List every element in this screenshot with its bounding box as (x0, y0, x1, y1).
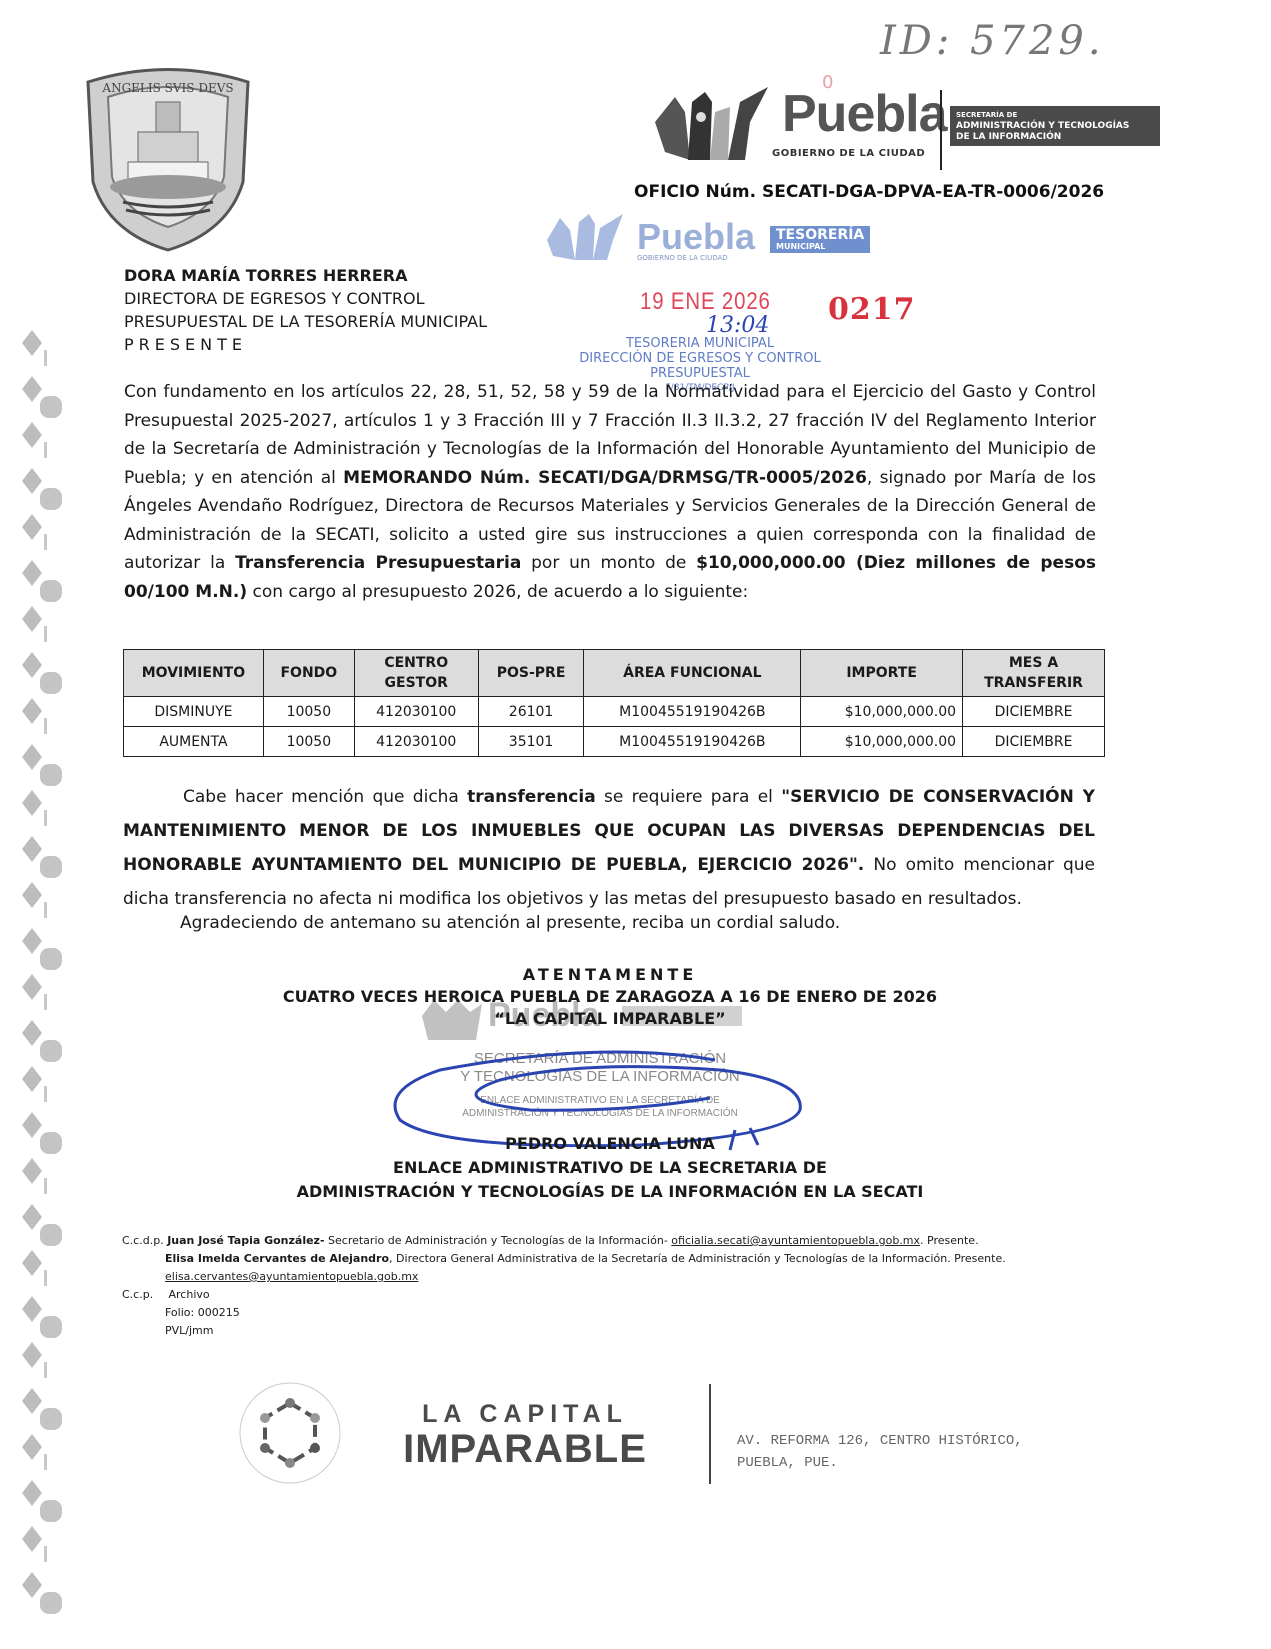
diamond-ornament (22, 1388, 42, 1414)
column-header: POS-PRE (478, 650, 584, 697)
table-cell: 10050 (263, 727, 354, 757)
diamond-ornament (22, 974, 42, 1000)
diamond-ornament (22, 1572, 42, 1598)
cc2-email-link[interactable]: elisa.cervantes@ayuntamientopuebla.gob.m… (165, 1270, 418, 1283)
p2-transfer: transferencia (467, 787, 596, 807)
table-cell: 26101 (478, 697, 584, 727)
column-header: IMPORTE (801, 650, 963, 697)
table-cell: 412030100 (354, 727, 478, 757)
dir-line1: TESORERIA MUNICIPAL (560, 336, 840, 351)
closing-block: ATENTAMENTE CUATRO VECES HEROICA PUEBLA … (200, 964, 1020, 1030)
table-cell: 35101 (478, 727, 584, 757)
city-crest-icon: ANGELIS SVIS DEVS (78, 62, 258, 252)
puebla-emblem-icon (650, 82, 770, 164)
flower-ornament (40, 1132, 62, 1154)
motto: “LA CAPITAL IMPARABLE” (200, 1008, 1020, 1030)
recipient-title-2: PRESUPUESTAL DE LA TESORERÍA MUNICIPAL (124, 310, 487, 333)
ccp-value: Archivo (169, 1288, 210, 1301)
flower-ornament (40, 856, 62, 878)
table-cell: $10,000,000.00 (801, 697, 963, 727)
diamond-ornament (22, 560, 42, 586)
handwritten-id: ID: 5729. (880, 18, 1105, 64)
flower-ornament (40, 1040, 62, 1062)
diamond-ornament (22, 468, 42, 494)
stamp-gob: GOBIERNO DE LA CIUDAD (637, 254, 728, 262)
secretaria-label: SECRETARÍA DE ADMINISTRACIÓN Y TECNOLOGÍ… (950, 106, 1160, 146)
diamond-ornament (22, 1066, 42, 1092)
diamond-ornament (22, 606, 42, 632)
leaf-ornament (44, 350, 61, 366)
cc-row-1: C.c.d.p. Juan José Tapia González- Secre… (122, 1232, 1122, 1250)
table-header-row: MOVIMIENTOFONDOCENTRO GESTORPOS-PREÁREA … (124, 650, 1105, 697)
diamond-ornament (22, 1250, 42, 1276)
place-date: CUATRO VECES HEROICA PUEBLA DE ZARAGOZA … (200, 986, 1020, 1008)
flower-ornament (40, 672, 62, 694)
ccdp-label: C.c.d.p. (122, 1234, 164, 1247)
recipient-block: DORA MARÍA TORRES HERRERA DIRECTORA DE E… (124, 264, 487, 356)
footer-divider (709, 1384, 711, 1484)
folio-number-stamp: 0217 (828, 292, 916, 327)
flower-ornament (40, 1408, 62, 1430)
tesoreria-badge: TESORERÍA MUNICIPAL (770, 226, 870, 253)
diamond-ornament (22, 1526, 42, 1552)
diamond-ornament (22, 1434, 42, 1460)
diamond-ornament (22, 1158, 42, 1184)
diamond-ornament (22, 698, 42, 724)
signer-title-1: ENLACE ADMINISTRATIVO DE LA SECRETARIA D… (280, 1156, 940, 1180)
diamond-ornament (22, 330, 42, 356)
badge-title: TESORERÍA (776, 227, 864, 243)
flower-ornament (40, 1224, 62, 1246)
body-paragraph: Con fundamento en los artículos 22, 28, … (124, 378, 1096, 606)
received-date-stamp: 19 ENE 2026 (640, 288, 771, 316)
table-cell: DICIEMBRE (963, 727, 1105, 757)
logo-word: Puebla (782, 84, 947, 144)
table-cell: DISMINUYE (124, 697, 264, 727)
recipient-name: DORA MARÍA TORRES HERRERA (124, 264, 487, 287)
address: AV. REFORMA 126, CENTRO HISTÓRICO, PUEBL… (737, 1430, 1023, 1474)
column-header: CENTRO GESTOR (354, 650, 478, 697)
diamond-ornament (22, 514, 42, 540)
decorative-border (18, 330, 66, 1630)
norma-igualdad-seal-icon (235, 1378, 345, 1488)
greeting-paragraph: Agradeciendo de antemano su atención al … (180, 913, 840, 933)
transfer-table: MOVIMIENTOFONDOCENTRO GESTORPOS-PREÁREA … (123, 649, 1105, 757)
memo-reference: MEMORANDO Núm. SECATI/DGA/DRMSG/TR-0005/… (343, 468, 867, 488)
diamond-ornament (22, 790, 42, 816)
leaf-ornament (44, 1546, 61, 1562)
table-row: DISMINUYE1005041203010026101M10045519190… (124, 697, 1105, 727)
logo-subtitle: GOBIERNO DE LA CIUDAD (772, 148, 925, 159)
column-header: MES A TRANSFERIR (963, 650, 1105, 697)
column-header: ÁREA FUNCIONAL (584, 650, 801, 697)
leaf-ornament (44, 994, 61, 1010)
table-cell: AUMENTA (124, 727, 264, 757)
logo-divider (940, 90, 942, 170)
table-cell: 10050 (263, 697, 354, 727)
diamond-ornament (22, 376, 42, 402)
flower-ornament (40, 764, 62, 786)
cc1-end: . Presente. (920, 1234, 979, 1247)
table-body: DISMINUYE1005041203010026101M10045519190… (124, 697, 1105, 757)
flower-ornament (40, 396, 62, 418)
signer-block: PEDRO VALENCIA LUNA ENLACE ADMINISTRATIV… (280, 1132, 940, 1204)
table-cell: 412030100 (354, 697, 478, 727)
dir-line2: DIRECCIÓN DE EGRESOS Y CONTROL (560, 351, 840, 366)
column-header: FONDO (263, 650, 354, 697)
recipient-title-1: DIRECTORA DE EGRESOS Y CONTROL (124, 287, 487, 310)
secretaria-small: SECRETARÍA DE (956, 110, 1154, 121)
cc2-name: Elisa Imelda Cervantes de Alejandro (165, 1252, 389, 1265)
leaf-ornament (44, 902, 61, 918)
cc-row-3: elisa.cervantes@ayuntamientopuebla.gob.m… (122, 1268, 1122, 1286)
cc-row-2: Elisa Imelda Cervantes de Alejandro, Dir… (122, 1250, 1122, 1268)
leaf-ornament (44, 810, 61, 826)
diamond-ornament (22, 1480, 42, 1506)
address-line2: PUEBLA, PUE. (737, 1452, 1023, 1474)
cc1-text: Secretario de Administración y Tecnologí… (325, 1234, 672, 1247)
leaf-ornament (44, 442, 61, 458)
initials-row: PVL/jmm (122, 1322, 1122, 1340)
badge-sub: MUNICIPAL (776, 242, 864, 251)
svg-text:ANGELIS SVIS DEVS: ANGELIS SVIS DEVS (101, 81, 233, 95)
oficio-number: OFICIO Núm. SECATI-DGA-DPVA-EA-TR-0006/2… (634, 182, 1104, 202)
flower-ornament (40, 1500, 62, 1522)
flower-ornament (40, 1592, 62, 1614)
p1-text-d: con cargo al presupuesto 2026, de acuerd… (247, 582, 748, 602)
cc1-name: Juan José Tapia González- (167, 1234, 324, 1247)
diamond-ornament (22, 1342, 42, 1368)
capital-line2: IMPARABLE (385, 1429, 665, 1469)
puebla-logo: Puebla GOBIERNO DE LA CIUDAD SECRETARÍA … (650, 82, 1160, 170)
diamond-ornament (22, 744, 42, 770)
p2-text-b: se requiere para el (596, 787, 782, 807)
leaf-ornament (44, 1086, 61, 1102)
diamond-ornament (22, 836, 42, 862)
leaf-ornament (44, 534, 61, 550)
leaf-ornament (44, 1362, 61, 1378)
address-line1: AV. REFORMA 126, CENTRO HISTÓRICO, (737, 1430, 1023, 1452)
leaf-ornament (44, 1178, 61, 1194)
cc-block: C.c.d.p. Juan José Tapia González- Secre… (122, 1232, 1122, 1340)
salutation: PRESENTE (124, 333, 487, 356)
stamp-emblem-icon (545, 210, 625, 262)
flower-ornament (40, 488, 62, 510)
p2-text-a: Cabe hacer mención que dicha (183, 787, 467, 807)
diamond-ornament (22, 1020, 42, 1046)
leaf-ornament (44, 1454, 61, 1470)
tesoreria-stamp: Puebla GOBIERNO DE LA CIUDAD TESORERÍA M… (545, 210, 875, 270)
diamond-ornament (22, 1112, 42, 1138)
table-cell: M10045519190426B (584, 727, 801, 757)
secretaria-line2: DE LA INFORMACIÓN (956, 132, 1061, 142)
flower-ornament (40, 948, 62, 970)
cc2-text: , Directora General Administrativa de la… (389, 1252, 1006, 1265)
table-row: AUMENTA1005041203010035101M1004551919042… (124, 727, 1105, 757)
footer: LA CAPITAL IMPARABLE AV. REFORMA 126, CE… (235, 1378, 1135, 1498)
leaf-ornament (44, 1270, 61, 1286)
atentamente: ATENTAMENTE (200, 964, 1020, 986)
leaf-ornament (44, 718, 61, 734)
diamond-ornament (22, 422, 42, 448)
p1-text-c: por un monto de (521, 553, 696, 573)
ccp-label: C.c.p. (122, 1286, 165, 1304)
diamond-ornament (22, 1296, 42, 1322)
handwritten-time: 13:04 (706, 313, 769, 338)
table-cell: $10,000,000.00 (801, 727, 963, 757)
service-paragraph: Cabe hacer mención que dicha transferenc… (123, 780, 1095, 916)
flower-ornament (40, 580, 62, 602)
flower-ornament (40, 1316, 62, 1338)
capital-line1: LA CAPITAL (385, 1400, 665, 1429)
diamond-ornament (22, 1204, 42, 1230)
table-cell: DICIEMBRE (963, 697, 1105, 727)
signer-name: PEDRO VALENCIA LUNA (280, 1132, 940, 1156)
column-header: MOVIMIENTO (124, 650, 264, 697)
ccp-row: C.c.p. Archivo (122, 1286, 1122, 1304)
diamond-ornament (22, 652, 42, 678)
table-cell: M10045519190426B (584, 697, 801, 727)
signer-title-2: ADMINISTRACIÓN Y TECNOLOGÍAS DE LA INFOR… (280, 1180, 940, 1204)
cc1-email-link[interactable]: oficialia.secati@ayuntamientopuebla.gob.… (671, 1234, 920, 1247)
secretaria-line1: ADMINISTRACIÓN Y TECNOLOGÍAS (956, 121, 1129, 131)
folio-row: Folio: 000215 (122, 1304, 1122, 1322)
diamond-ornament (22, 928, 42, 954)
stamp-word: Puebla (637, 216, 755, 258)
diamond-ornament (22, 882, 42, 908)
leaf-ornament (44, 626, 61, 642)
capital-imparable-logo: LA CAPITAL IMPARABLE (385, 1400, 665, 1469)
transfer-term: Transferencia Presupuestaria (235, 553, 521, 573)
